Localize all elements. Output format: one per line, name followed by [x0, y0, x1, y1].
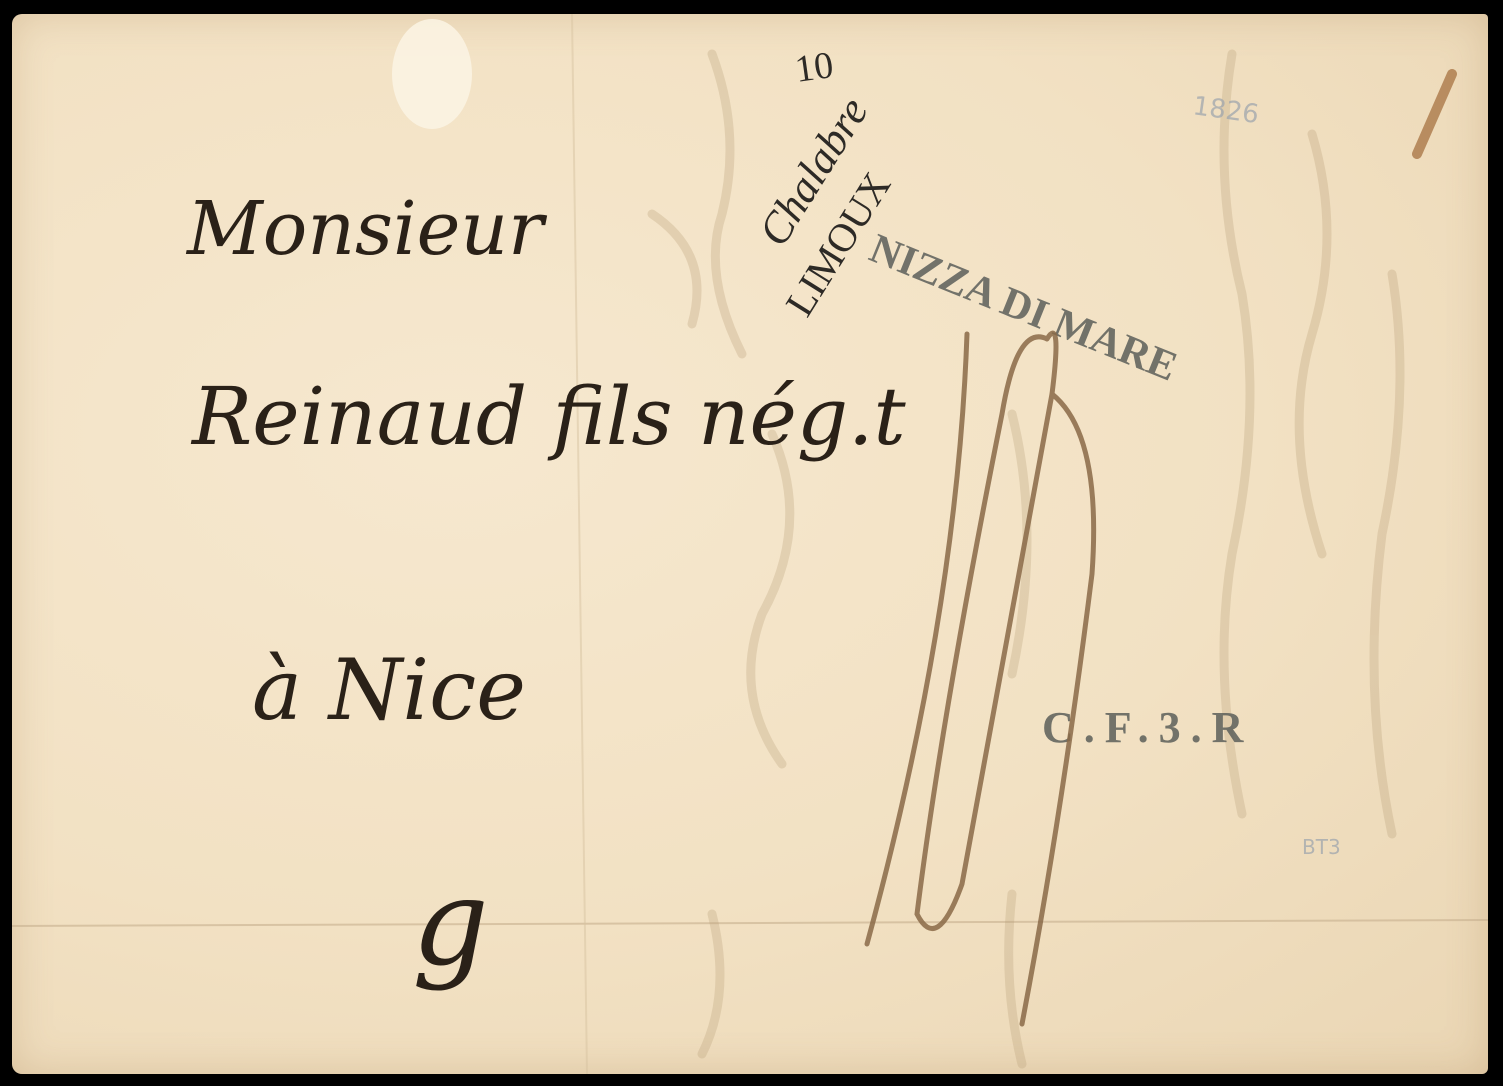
address-line-2: Reinaud fils nég.t	[190, 370, 906, 463]
pencil-note-date: 1826	[1191, 91, 1261, 130]
pencil-note-code: BT3	[1302, 835, 1341, 859]
origin-postmark: 10 Chalabre LIMOUX	[749, 44, 900, 324]
address-line-3: à Nice	[252, 641, 526, 739]
entry-postmark: NIZZA DI MARE	[863, 226, 1183, 391]
cover-artwork: 10 Chalabre LIMOUX NIZZA DI MARE C.F.3.R…	[12, 14, 1488, 1074]
address-line-1: Monsieur	[185, 186, 548, 272]
address-line-4: g	[412, 854, 489, 993]
letter-cover: 10 Chalabre LIMOUX NIZZA DI MARE C.F.3.R…	[12, 14, 1488, 1074]
svg-text:10: 10	[792, 44, 835, 91]
